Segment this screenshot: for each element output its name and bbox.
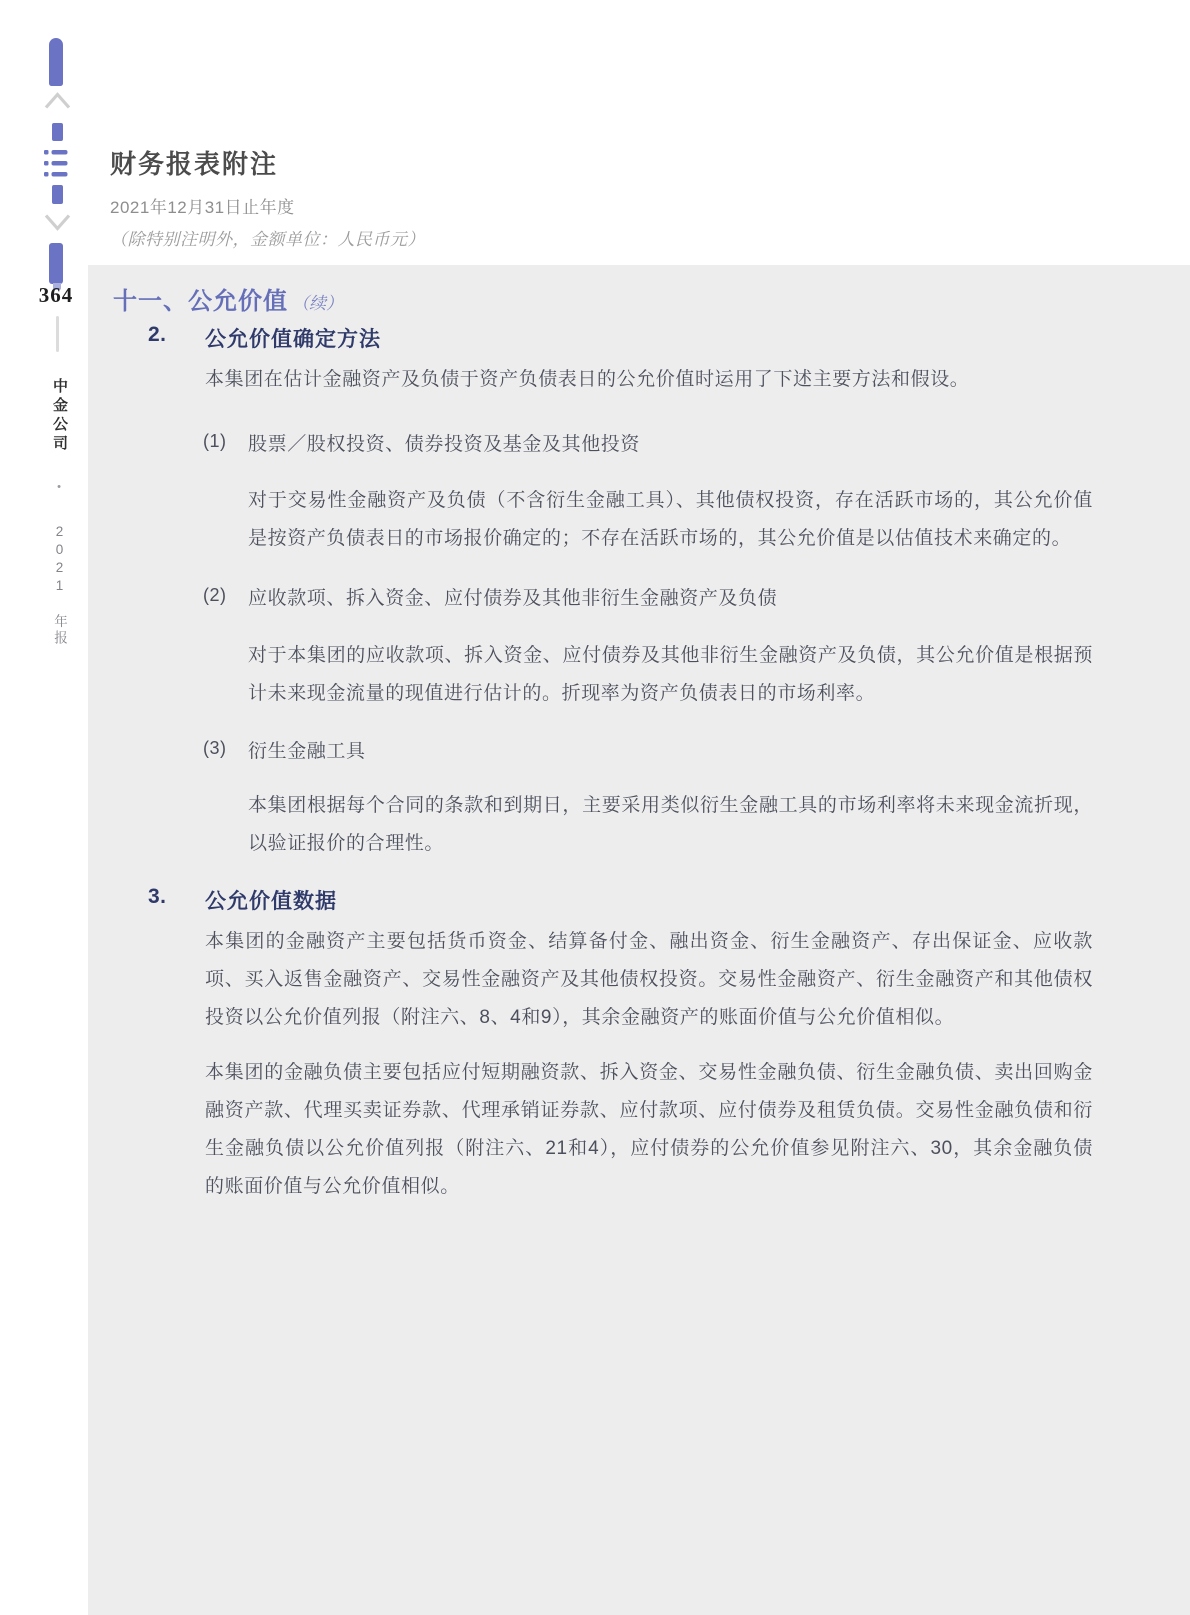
item-1-body: 对于交易性金融资产及负债（不含衍生金融工具）、其他债权投资，存在活跃市场的，其公…: [248, 482, 1093, 558]
nav-dash-bottom: [52, 185, 63, 204]
item-3-body: 本集团根据每个合同的条款和到期日，主要采用类似衍生金融工具的市场利率将未来现金流…: [248, 787, 1093, 863]
subsection-2-number: 2.: [148, 323, 167, 347]
item-2-number: (2): [203, 585, 227, 606]
method-intro-paragraph: 本集团在估计金融资产及负债于资产负债表日的公允价值时运用了下述主要方法和假设。: [205, 361, 1093, 399]
document-title: 财务报表附注: [110, 144, 425, 181]
content-panel: 十一、公允价值（续） 2. 公允价值确定方法 本集团在估计金融资产及负债于资产负…: [88, 265, 1190, 1615]
subsection-3-number: 3.: [148, 885, 167, 909]
section-continued-label: （续）: [292, 294, 343, 313]
item-2-body: 对于本集团的应收款项、拆入资金、应付债券及其他非衍生金融资产及负债，其公允价值是…: [248, 637, 1093, 713]
item-3-title: 衍生金融工具: [248, 736, 366, 763]
data-paragraph-assets: 本集团的金融资产主要包括货币资金、结算备付金、融出资金、衍生金融资产、存出保证金…: [205, 923, 1093, 1037]
brand-separator-dot: •: [53, 481, 65, 497]
vertical-brand-text: 中金公司 • 2021 年报: [44, 378, 70, 647]
chevron-up-icon: [44, 91, 71, 110]
item-3-number: (3): [203, 738, 227, 759]
subsection-2-title: 公允价值确定方法: [205, 323, 381, 353]
accent-bar-bottom: [49, 243, 63, 284]
report-page: 364 中金公司 • 2021 年报 财务报表附注 2021年12月31日止年度…: [0, 0, 1190, 1615]
document-header: 财务报表附注 2021年12月31日止年度 （除特别注明外，金额单位：人民币元）: [110, 144, 425, 250]
brand-year: 2021 年报: [52, 524, 67, 647]
item-1-title: 股票／股权投资、债券投资及基金及其他投资: [248, 429, 640, 456]
nav-dash-top: [52, 123, 63, 141]
section-title: 十一、公允价值（续）: [113, 281, 343, 316]
page-number: 364: [30, 283, 82, 308]
chevron-down-icon: [44, 213, 71, 232]
brand-name: 中金公司: [51, 378, 68, 454]
item-1-number: (1): [203, 431, 227, 452]
accent-bar-top: [49, 38, 63, 86]
page-number-tick: [56, 316, 59, 352]
data-paragraph-liabilities: 本集团的金融负债主要包括应付短期融资款、拆入资金、交易性金融负债、衍生金融负债、…: [205, 1054, 1093, 1206]
subsection-3-title: 公允价值数据: [205, 885, 337, 915]
document-subtitle: 2021年12月31日止年度: [110, 193, 425, 218]
item-2-title: 应收款项、拆入资金、应付债券及其他非衍生金融资产及负债: [248, 583, 777, 610]
list-icon: [44, 149, 68, 179]
document-unit-note: （除特别注明外，金额单位：人民币元）: [110, 225, 425, 250]
section-title-text: 十一、公允价值: [113, 288, 288, 315]
